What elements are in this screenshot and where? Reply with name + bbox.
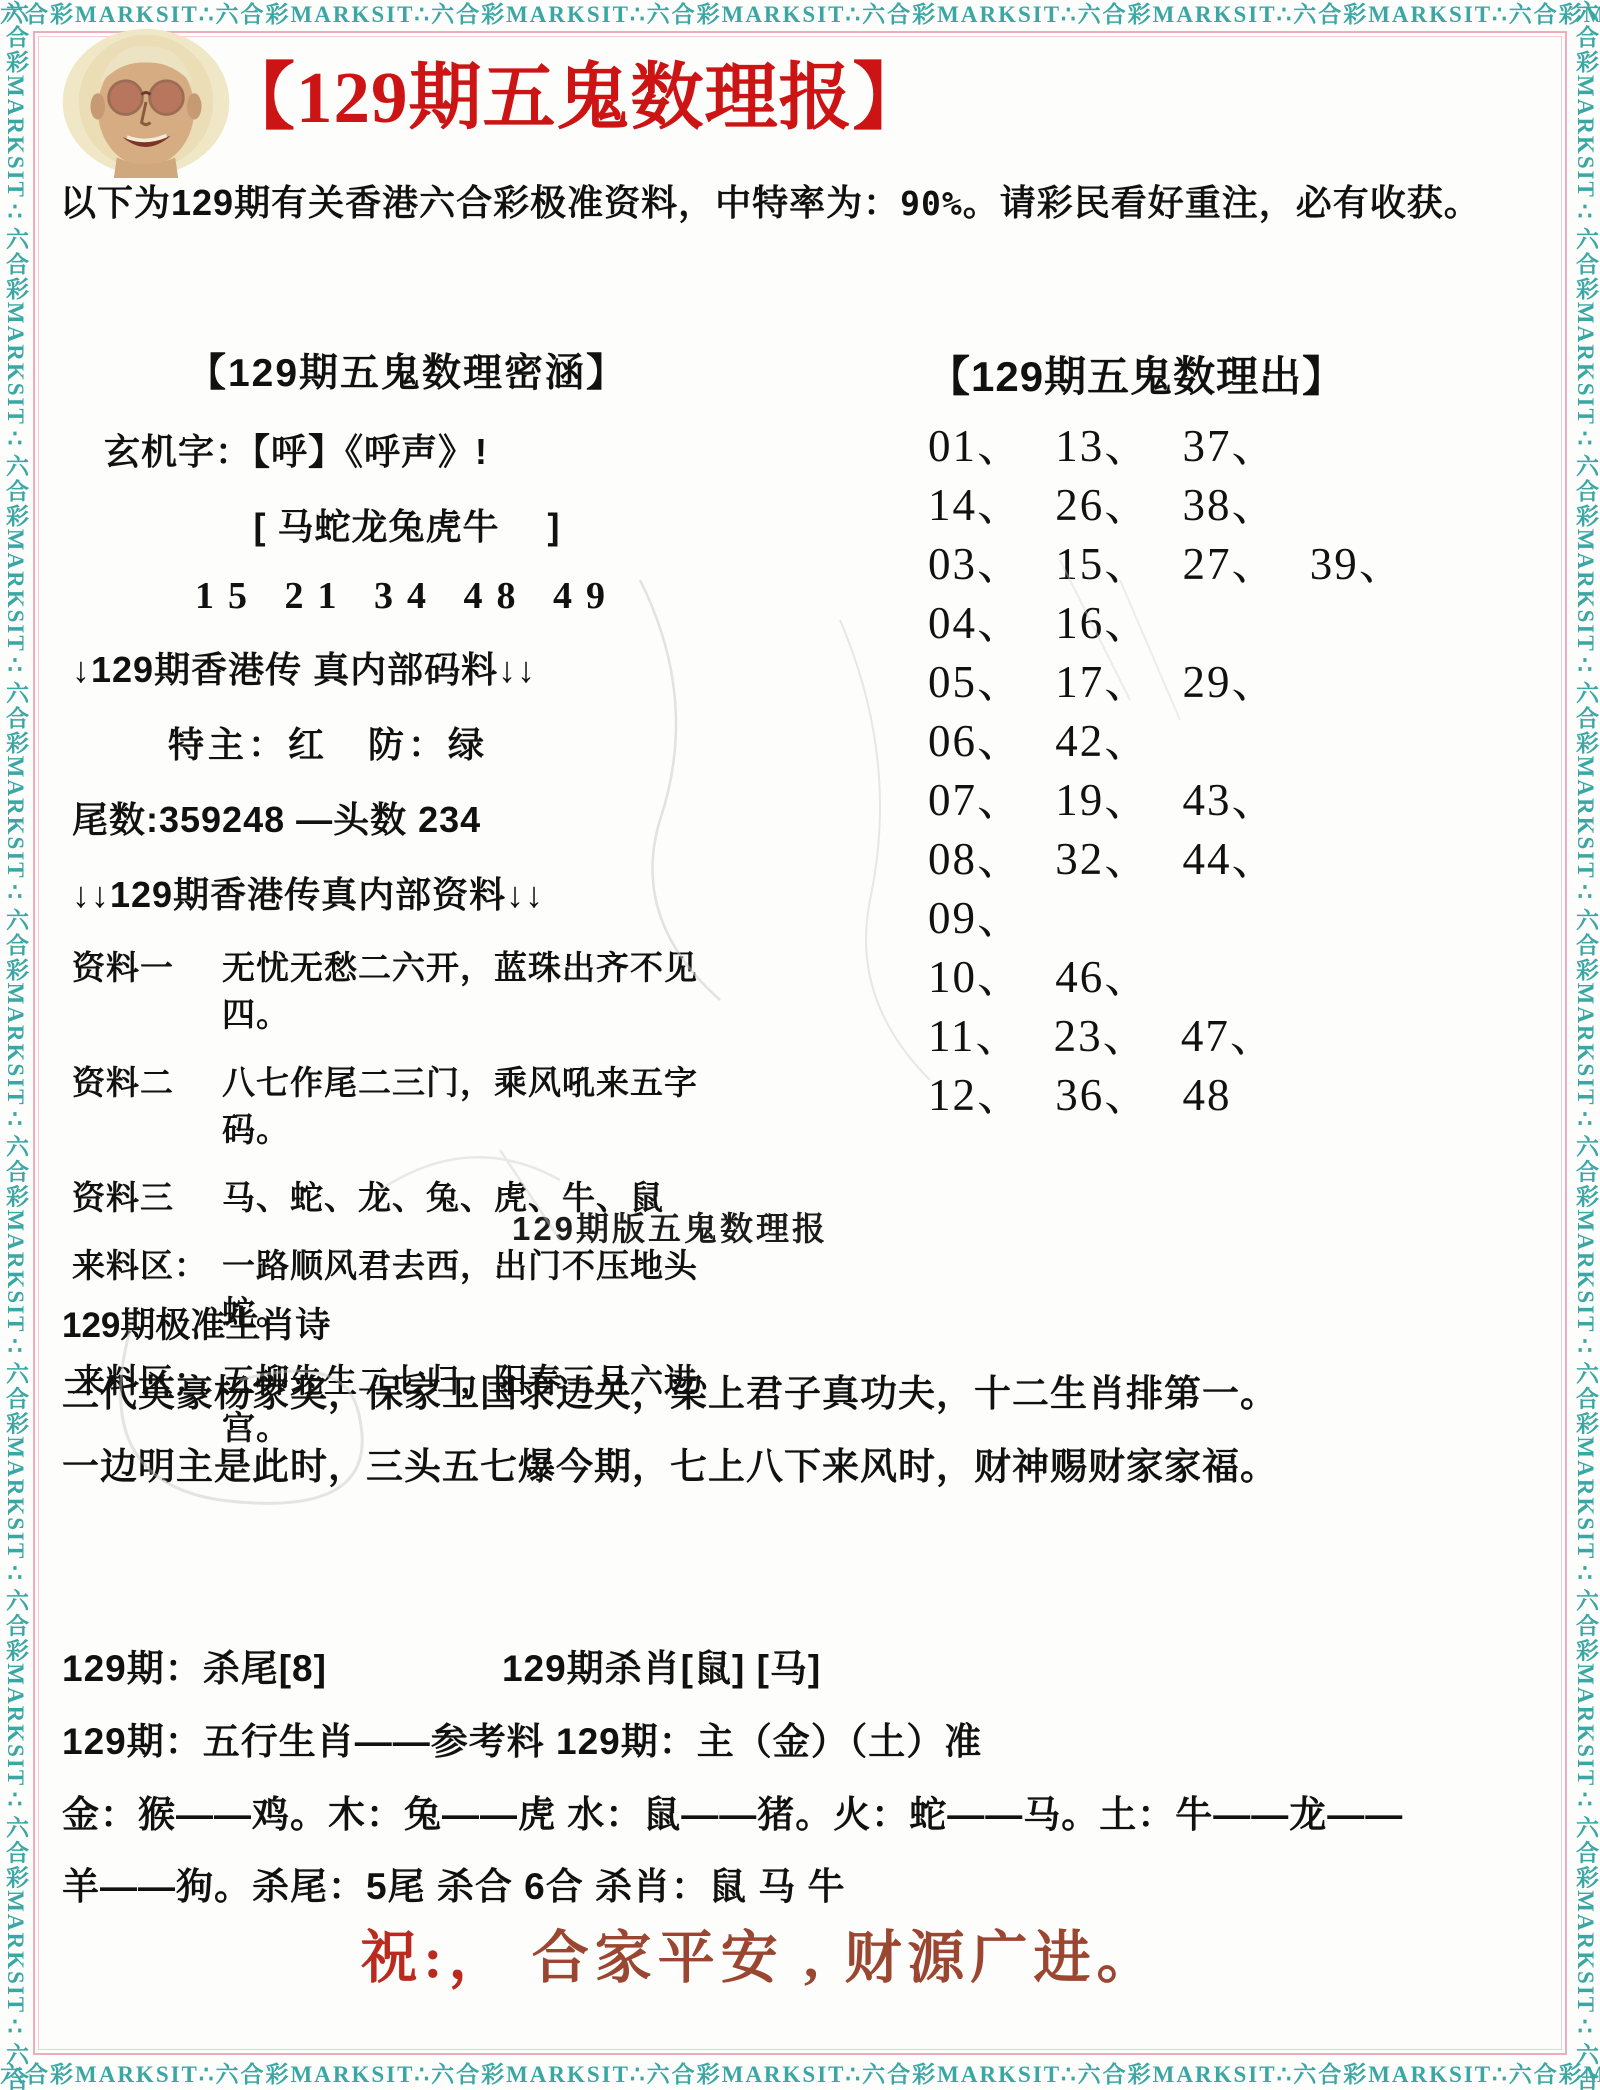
- intro-part2: 。请彩民看好重注，必有收获。: [963, 182, 1481, 223]
- secret-panel-title: 【129期五鬼数理密涵】: [72, 342, 742, 398]
- zodiac-bracket-line: [ 马蛇龙兔虎牛 ]: [72, 499, 742, 550]
- tail-head-line: 尾数:359248 —头数 234: [72, 792, 742, 843]
- output-row: 06、 42、: [928, 719, 1468, 764]
- kill-tail-zodiac-line: 129期：杀尾[8]129期杀肖[鼠] [马]: [62, 1638, 1562, 1692]
- output-row: 01、 13、 37、: [928, 424, 1468, 469]
- marksit-border-bottom: 六合彩MARKSIT∴六合彩MARKSIT∴六合彩MARKSIT∴六合彩MARK…: [0, 2060, 1600, 2090]
- output-row: 14、 26、 38、: [928, 483, 1468, 528]
- output-row: 07、 19、 43、: [928, 778, 1468, 823]
- zodiac-poem-title: 129期极准生肖诗: [62, 1298, 330, 1348]
- output-row: 04、 16、: [928, 601, 1468, 646]
- mystery-word-line: 玄机字：【呼】《呼声》!: [104, 424, 742, 475]
- page-title: 【129期五鬼数理报】: [222, 38, 982, 143]
- output-row: 10、 46、: [928, 955, 1468, 1000]
- output-row: 11、 23、 47、: [928, 1014, 1468, 1059]
- kill-zodiac-text: 129期杀肖[鼠] [马]: [502, 1648, 821, 1689]
- output-row: 05、 17、 29、: [928, 660, 1468, 705]
- zodiac-poem-line-2: 一边明主是此时，三头五七爆今期，七上八下来风时，财神赐财家家福。: [62, 1436, 1557, 1490]
- mid-caption: 129期版五鬼数理报: [320, 1203, 1020, 1250]
- output-panel: 【129期五鬼数理出】 01、 13、 37、 14、 26、 38、 03、 …: [928, 344, 1468, 1132]
- blessing-main: 合家平安 , 财源广进。: [511, 1927, 1159, 1990]
- output-row: 08、 32、 44、: [928, 837, 1468, 882]
- info-row-label: 资料一: [72, 942, 222, 1036]
- special-main-line: 特主：红 防：绿: [168, 717, 742, 768]
- intro-text: 以下为129期有关香港六合彩极准资料，中特率为：90%。请彩民看好重注，必有收获…: [60, 176, 1535, 230]
- info-row-text: 八七作尾二三门，乘风吼来五字码。: [222, 1057, 742, 1151]
- elements-map-line-1: 金：猴——鸡。木：兔——虎 水：鼠——猪。火：蛇——马。土：牛——龙——: [62, 1784, 1562, 1838]
- output-row: 12、 36、 48: [928, 1073, 1468, 1118]
- portrait-image: [55, 26, 237, 178]
- info-row: 资料二 八七作尾二三门，乘风吼来五字码。: [72, 1057, 742, 1151]
- lucky-numbers-line: 15 21 34 48 49: [72, 574, 742, 618]
- output-panel-title: 【129期五鬼数理出】: [928, 344, 1468, 404]
- info-row-label: 资料三: [72, 1172, 222, 1219]
- blessing-prefix: 祝:，: [361, 1927, 512, 1990]
- kill-tail-text: 129期：杀尾[8]: [62, 1648, 327, 1689]
- five-elements-line: 129期：五行生肖——参考料 129期：主（金）（土）准: [62, 1711, 1562, 1765]
- intro-part1: 以下为129期有关香港六合彩极准资料，中特率为：: [60, 182, 900, 223]
- output-row: 03、 15、 27、 39、: [928, 542, 1468, 587]
- marksit-border-left: 六合彩MARKSIT∴六合彩MARKSIT∴六合彩MARKSIT∴六合彩MARK…: [0, 0, 30, 2090]
- info-row-text: 无忧无愁二六开，蓝珠出齐不见四。: [222, 942, 742, 1036]
- hk-info-title: ↓↓129期香港传真内部资料↓↓: [72, 867, 742, 918]
- info-row-label: 资料二: [72, 1057, 222, 1151]
- elements-map-line-2: 羊——狗。杀尾：5尾 杀合 6合 杀肖：鼠 马 牛: [62, 1856, 1562, 1910]
- portrait-face-icon: [55, 26, 237, 178]
- hk-code-title: ↓129期香港传 真内部码料↓↓: [72, 642, 742, 693]
- output-row: 09、: [928, 896, 1468, 941]
- marksit-border-top: 六合彩MARKSIT∴六合彩MARKSIT∴六合彩MARKSIT∴六合彩MARK…: [0, 0, 1600, 30]
- info-row: 资料一 无忧无愁二六开，蓝珠出齐不见四。: [72, 942, 742, 1036]
- marksit-border-right: 六合彩MARKSIT∴六合彩MARKSIT∴六合彩MARKSIT∴六合彩MARK…: [1570, 0, 1600, 2090]
- lottery-tip-sheet-page: 六合彩MARKSIT∴六合彩MARKSIT∴六合彩MARKSIT∴六合彩MARK…: [0, 0, 1600, 2090]
- blessing-line: 祝:， 合家平安 , 财源广进。: [40, 1912, 1480, 1994]
- intro-hit-rate: 90%: [900, 184, 963, 223]
- zodiac-poem-line-1: 三代英豪杨家奖，保家卫国求边关，梁上君子真功夫，十二生肖排第一。: [62, 1363, 1557, 1417]
